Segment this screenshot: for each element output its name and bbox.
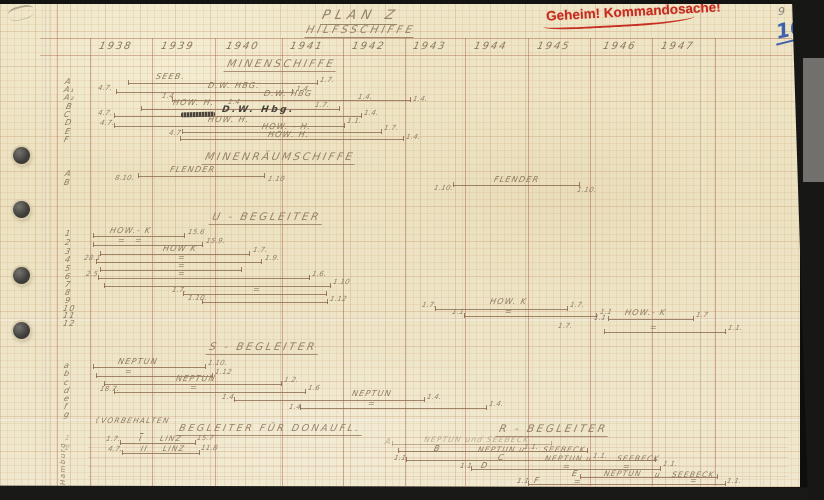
date-label: 1.4 xyxy=(221,393,235,401)
year-label: 1943 xyxy=(412,41,448,52)
timeline-bar xyxy=(234,397,425,401)
shipyard-label: NEPTUN xyxy=(603,469,643,478)
date-label: 1.4. xyxy=(363,109,379,117)
section-title: S - BEGLEITER xyxy=(206,341,321,355)
column-rule xyxy=(760,38,761,486)
shipyard-label: D.W. Hbg. xyxy=(221,105,295,115)
timeline-bar xyxy=(300,405,487,409)
scan-edge-top xyxy=(0,0,824,4)
year-label: 1947 xyxy=(660,41,696,52)
shipyard-label: NEPTUN xyxy=(175,374,217,383)
year-label: 1941 xyxy=(289,41,325,52)
punch-hole xyxy=(13,267,30,284)
date-label: 1.6. xyxy=(311,270,327,278)
shipyard-label: LINZ xyxy=(159,434,183,443)
year-label: 1945 xyxy=(536,41,572,52)
date-label: 8.10. xyxy=(114,174,135,182)
year-label: 1942 xyxy=(351,41,387,52)
shipyard-label: D.W. HBG xyxy=(263,89,313,98)
vertical-note: Hamburg xyxy=(59,442,67,485)
date-label: 1.12 xyxy=(214,368,232,376)
page-title: PLAN Z xyxy=(320,8,401,25)
timeline-bar xyxy=(104,283,331,287)
reserved-note: VORBEHALTEN xyxy=(100,416,171,425)
date-label: 1.10. xyxy=(576,186,597,194)
row-letter: A₂ xyxy=(63,93,76,102)
margin-rule xyxy=(50,4,51,486)
column-rule xyxy=(343,38,344,486)
punch-hole xyxy=(13,322,30,339)
date-label: 1.2. xyxy=(283,376,299,384)
shipyard-label: NEPTUN xyxy=(117,357,159,366)
shipyard-label: LINZ xyxy=(162,444,186,453)
date-label: 4.7. xyxy=(97,109,113,117)
date-label: 1.7. xyxy=(252,246,268,254)
margin-rule xyxy=(57,4,58,486)
shipyard-label: HOW. H. xyxy=(172,98,216,107)
shipyard-label: D.W. HBG. xyxy=(207,81,261,90)
punch-hole xyxy=(13,147,30,164)
year-label: 1946 xyxy=(602,41,638,52)
column-rule xyxy=(590,38,591,486)
column-rule xyxy=(528,38,529,486)
shipyard-label: HOW. H. xyxy=(267,130,311,139)
shipyard-label: SEEBECK xyxy=(616,454,661,463)
row-rule xyxy=(88,466,788,467)
timeline-bar xyxy=(98,275,310,279)
shipyard-label: NEPTUN xyxy=(351,389,393,398)
date-label: 1.1. xyxy=(662,460,678,468)
shipyard-label: HOW.- K xyxy=(624,308,667,317)
date-label: 1.7. xyxy=(319,76,335,84)
date-label: 1.7. xyxy=(105,435,121,443)
year-label: 1939 xyxy=(160,41,196,52)
date-label: 15.9. xyxy=(205,237,226,245)
page-number-pencil: 9 xyxy=(778,5,785,18)
date-label: 4.7. xyxy=(97,84,113,92)
year-label: 1940 xyxy=(225,41,261,52)
date-label: 1.4. xyxy=(412,95,428,103)
column-rule xyxy=(90,38,91,486)
date-label: 1.7. xyxy=(557,322,573,330)
year-label: 1938 xyxy=(98,41,134,52)
punch-hole xyxy=(13,201,30,218)
shipyard-label: SEEBECK xyxy=(542,445,587,454)
scan-edge-gray-patch xyxy=(803,58,824,182)
shipyard-label: FLENDER xyxy=(169,165,216,174)
section-title: U - BEGLEITER xyxy=(209,211,325,225)
shipyard-label: HOW. H. xyxy=(207,115,251,124)
date-label: 1.4. xyxy=(405,133,421,141)
column-rule xyxy=(465,38,466,486)
date-label: 1.6 xyxy=(307,384,321,392)
date-label: 1.1. xyxy=(523,443,539,451)
shipyard-label: HOW.- K xyxy=(109,226,152,235)
scanned-document: PLAN Z HILFSSCHIFFE Geheim! Kommandosach… xyxy=(0,0,824,500)
date-label: 1.9. xyxy=(264,254,280,262)
date-label: 1.4. xyxy=(357,93,373,101)
timeline-bar xyxy=(122,450,200,454)
vertical-fold-crease xyxy=(45,3,48,487)
date-label: 15.6 xyxy=(187,228,205,236)
timeline-bar xyxy=(202,299,328,303)
date-label: 11.8 xyxy=(200,444,218,452)
date-label: 1.10. xyxy=(433,184,454,192)
year-label: 1944 xyxy=(473,41,509,52)
column-rule xyxy=(715,38,716,486)
date-label: 1.10 xyxy=(267,175,285,183)
column-rule xyxy=(405,38,406,486)
date-label: 4.7. xyxy=(107,445,123,453)
timeline-bar xyxy=(100,267,242,271)
date-label: 1.7. xyxy=(314,101,330,109)
date-label: 4.7. xyxy=(99,119,115,127)
date-label: 1.10 xyxy=(332,278,350,286)
date-label: 15.7 xyxy=(196,434,214,442)
timeline-bar xyxy=(114,389,306,393)
date-label: 1.4. xyxy=(426,393,442,401)
date-label: 1.7. xyxy=(383,124,399,132)
column-rule xyxy=(652,38,653,486)
vertical-fold-crease xyxy=(700,3,703,487)
date-label: 1.1. xyxy=(727,324,743,332)
shipyard-label: FLENDER xyxy=(493,175,540,184)
row-number: 12 xyxy=(62,319,77,328)
date-label: 1.7. xyxy=(569,301,585,309)
timeline-bar xyxy=(464,313,597,317)
shipyard-label: HOW K xyxy=(162,244,198,253)
date-label: 1.1 xyxy=(593,314,607,322)
section-title: MINENSCHIFFE xyxy=(224,58,339,72)
date-label: 1.1. xyxy=(592,452,608,460)
shipyard-label: SEEB. xyxy=(155,72,186,81)
date-label: 1.4. xyxy=(488,400,504,408)
date-label: 1.1. xyxy=(346,117,362,125)
shipyard-label: HOW. K xyxy=(489,297,528,306)
date-label: 1.7 xyxy=(695,311,709,319)
shipyard-label: NEPTUN und SEEBECK xyxy=(423,435,530,444)
date-label: 1.12 xyxy=(329,295,347,303)
date-label: 1.1. xyxy=(726,477,742,485)
timeline-bar xyxy=(604,329,726,333)
section-title: MINENRÄUMSCHIFFE xyxy=(202,151,358,165)
page-subtitle: HILFSSCHIFFE xyxy=(304,24,416,38)
date-label: 1.10. xyxy=(207,359,228,367)
